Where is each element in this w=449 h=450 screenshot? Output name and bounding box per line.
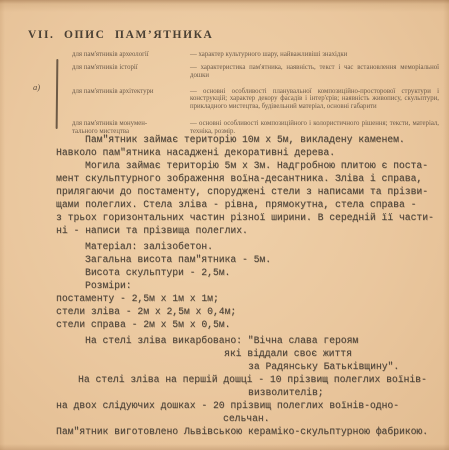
- section-heading: VII. ОПИС ПАМ’ЯТНИКА: [28, 29, 213, 41]
- document-page: VII. ОПИС ПАМ’ЯТНИКА а) для пам'ятників …: [0, 0, 449, 450]
- legend-label: для пам'ятників архітектури: [72, 88, 190, 96]
- legend-description: — характеристика пам'ятника, наявність, …: [190, 64, 449, 80]
- typewritten-line: На стелі зліва на першій дошці - 10 пріз…: [78, 373, 445, 386]
- typewritten-body: Пам"ятник займає територію 10м х 5м, вик…: [56, 133, 445, 438]
- typewritten-line: ні - написи та прізвища полеглих.: [56, 224, 445, 237]
- legend-label: для пам'ятників історії: [72, 64, 190, 72]
- legend-description: — основні особливості планувальної компо…: [190, 88, 449, 111]
- typewritten-line: Пам"ятник займає територію 10м х 5м, вик…: [85, 133, 445, 146]
- legend-row: для пам'ятників архітектури — основні ос…: [0, 88, 449, 111]
- typewritten-line: які віддали своє життя: [224, 347, 445, 360]
- typewritten-line: визволителів;: [248, 386, 445, 399]
- typewritten-line: Матеріал: залізобетон.: [85, 240, 445, 253]
- form-legend: для пам'ятників археології — характер ку…: [0, 51, 449, 141]
- typewritten-line: мент скульптурного зображення воїна-деса…: [56, 172, 445, 185]
- typewritten-line: постаменту - 2,5м х 1м х 1м;: [56, 292, 445, 305]
- legend-description: — характер культурного шару, найважливіш…: [190, 51, 449, 59]
- typewritten-line: прилягаючи до постаменту, споруджені сте…: [56, 185, 445, 198]
- typewritten-line: стели справа - 2м х 5м х 0,5м.: [56, 318, 445, 331]
- typewritten-line: Розміри:: [85, 279, 445, 292]
- typewritten-line: Могила займає територію 5м х 3м. Надгроб…: [85, 159, 445, 172]
- typewritten-line: Пам"ятник виготовлено Львівською керамік…: [56, 425, 445, 438]
- legend-label: для пам'ятників археології: [72, 51, 190, 59]
- typewritten-line: Висота скульптури - 2,5м.: [85, 266, 445, 279]
- legend-row: для пам'ятників археології — характер ку…: [0, 51, 449, 59]
- typewritten-line: На стелі зліва викарбовано: "Вічна слава…: [85, 334, 445, 347]
- typewritten-line: стели зліва - 2м х 2,5м х 0,4м;: [56, 305, 445, 318]
- typewritten-line: сельчан.: [223, 412, 445, 425]
- typewritten-line: з трьох горизонтальних частин різної шир…: [56, 211, 445, 224]
- typewritten-line: Загальна висота пам"ятника - 5м.: [85, 253, 445, 266]
- legend-row: для пам'ятників історії — характеристика…: [0, 64, 449, 80]
- typewritten-line: за Радянську Батьківщину".: [248, 360, 445, 373]
- typewritten-line: щами полеглих. Стела зліва - рівна, прям…: [56, 198, 445, 211]
- typewritten-line: на двох слідуючих дошках - 20 прізвищ по…: [56, 399, 445, 412]
- typewritten-line: Навколо пам"ятника насаджені декоративні…: [56, 146, 445, 159]
